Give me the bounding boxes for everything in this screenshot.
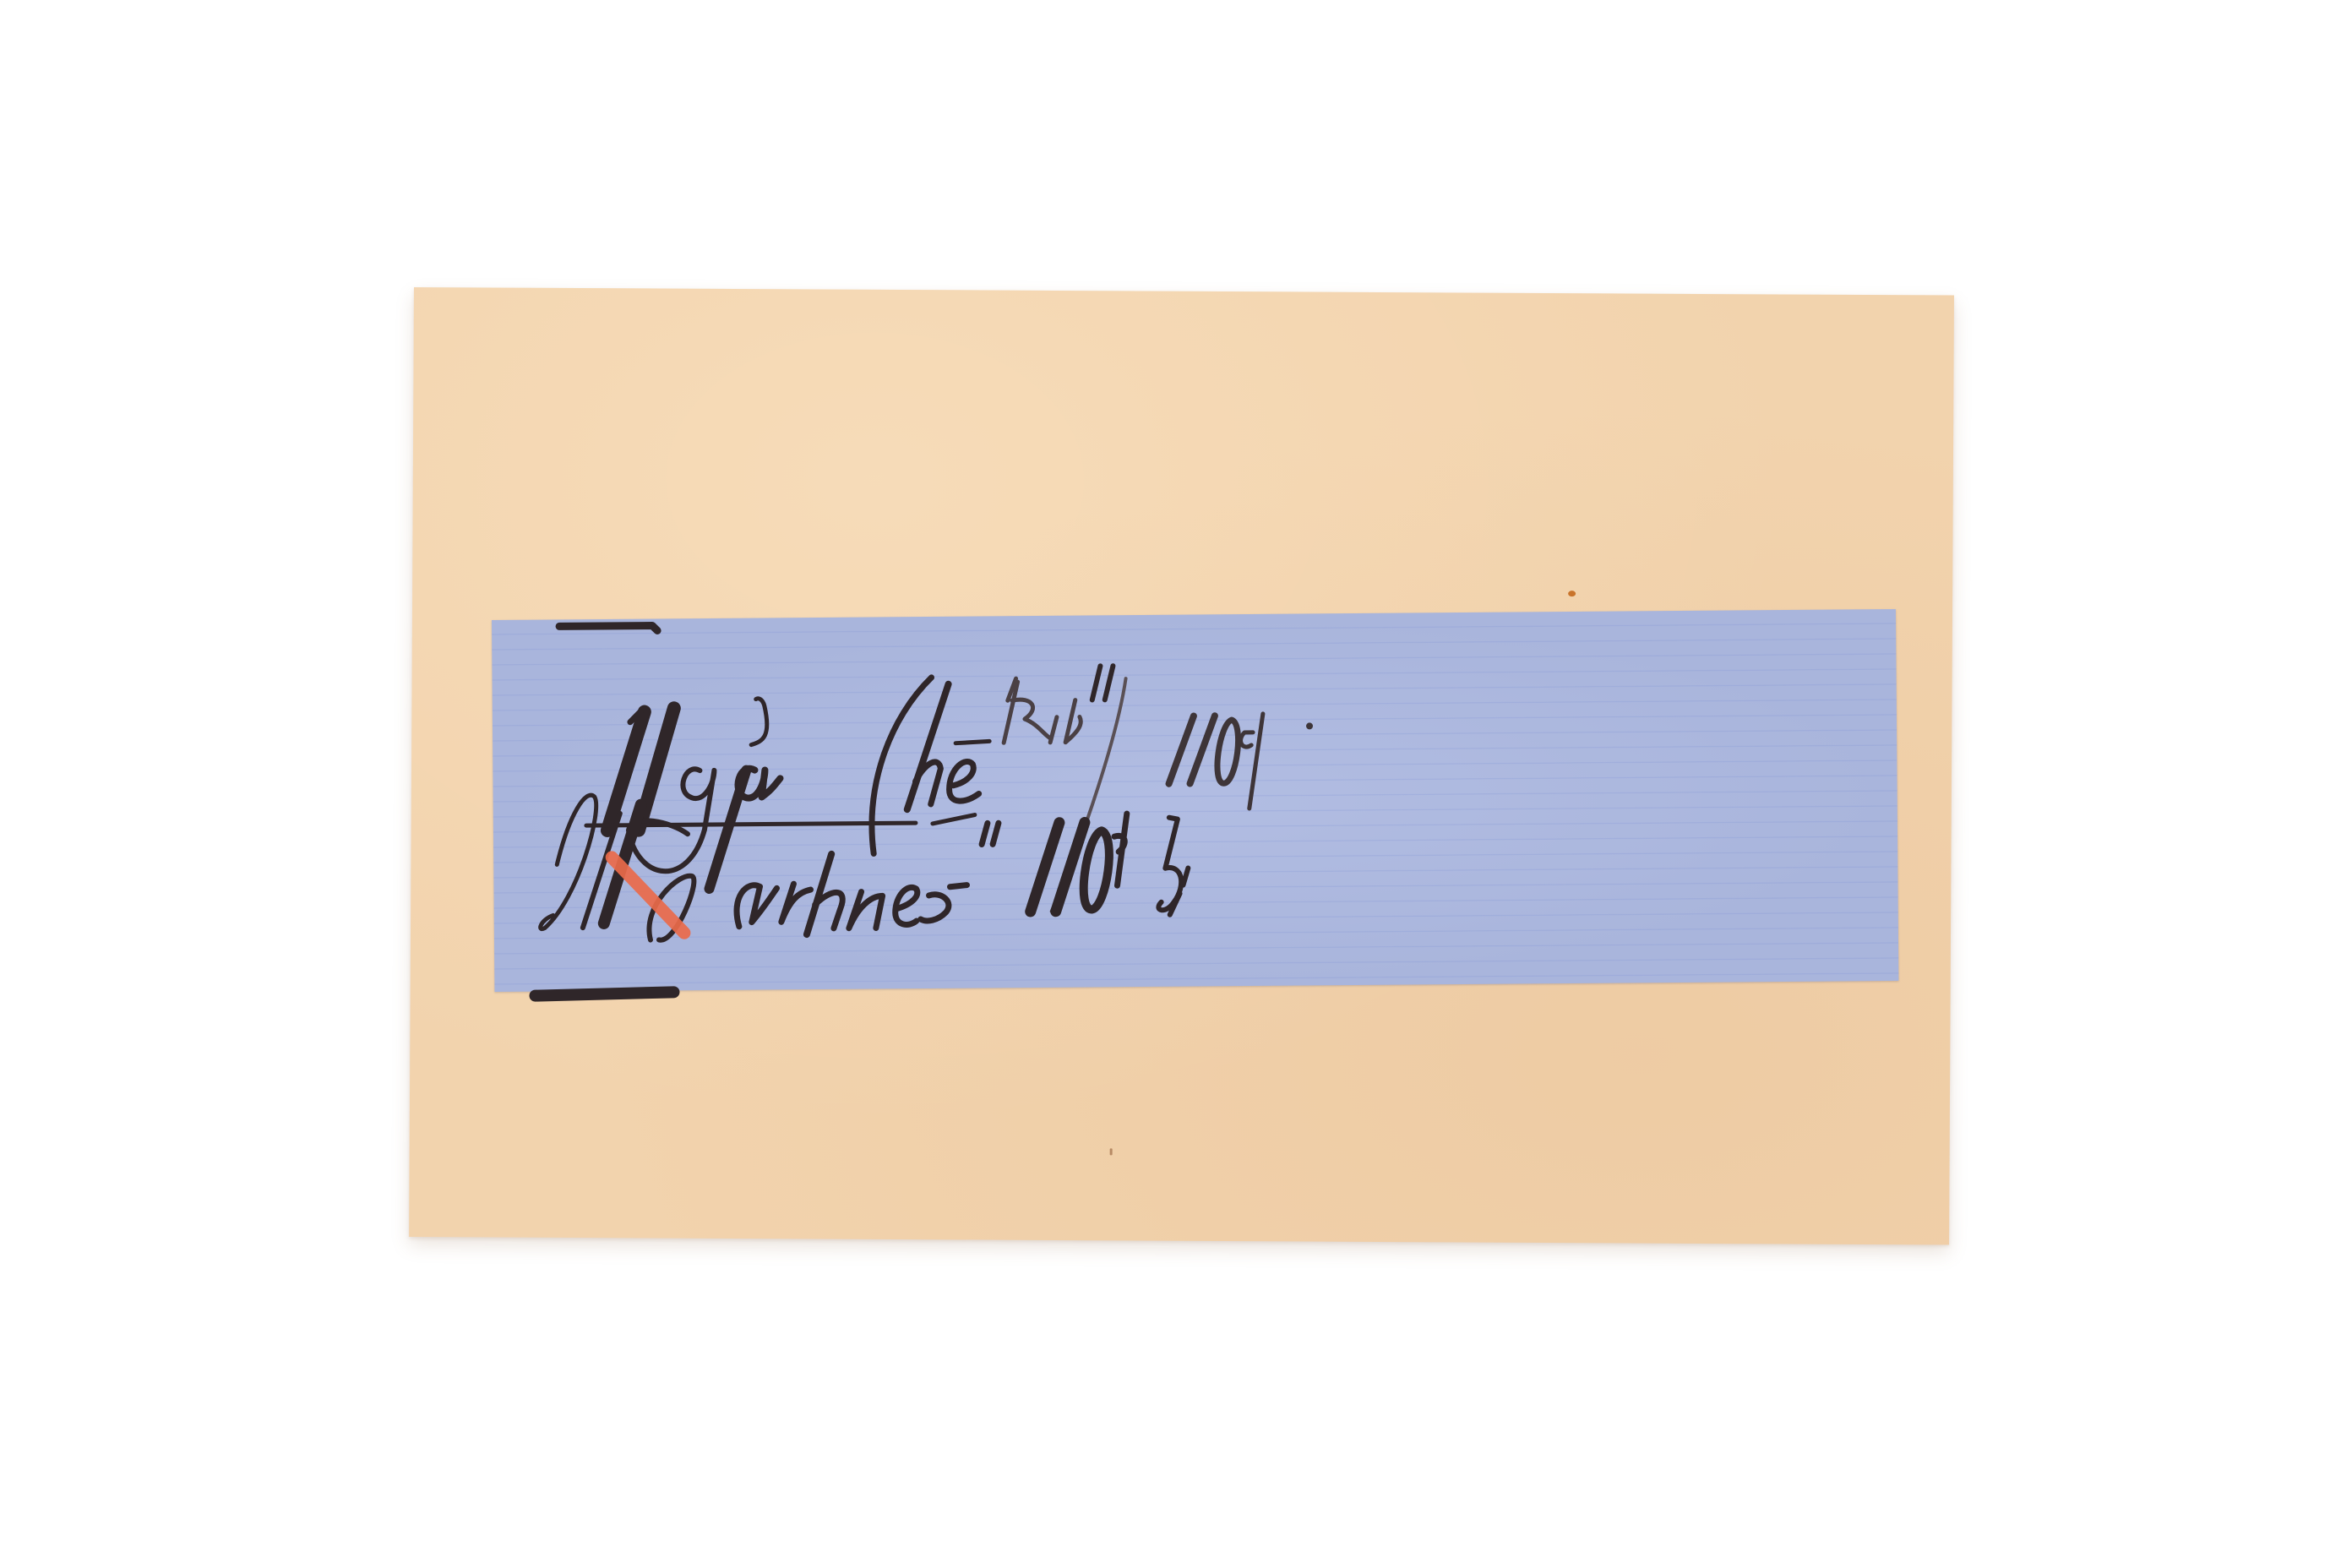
orange-speck xyxy=(1568,591,1576,596)
small-speck xyxy=(1110,1148,1113,1155)
handwriting-ink xyxy=(492,609,1898,992)
photo-scene: "Nga (he "Rib") 110%. "Darkness" 110% 5; xyxy=(0,0,2352,1568)
blue-paper-slip: "Nga (he "Rib") 110%. "Darkness" 110% 5; xyxy=(492,609,1898,992)
